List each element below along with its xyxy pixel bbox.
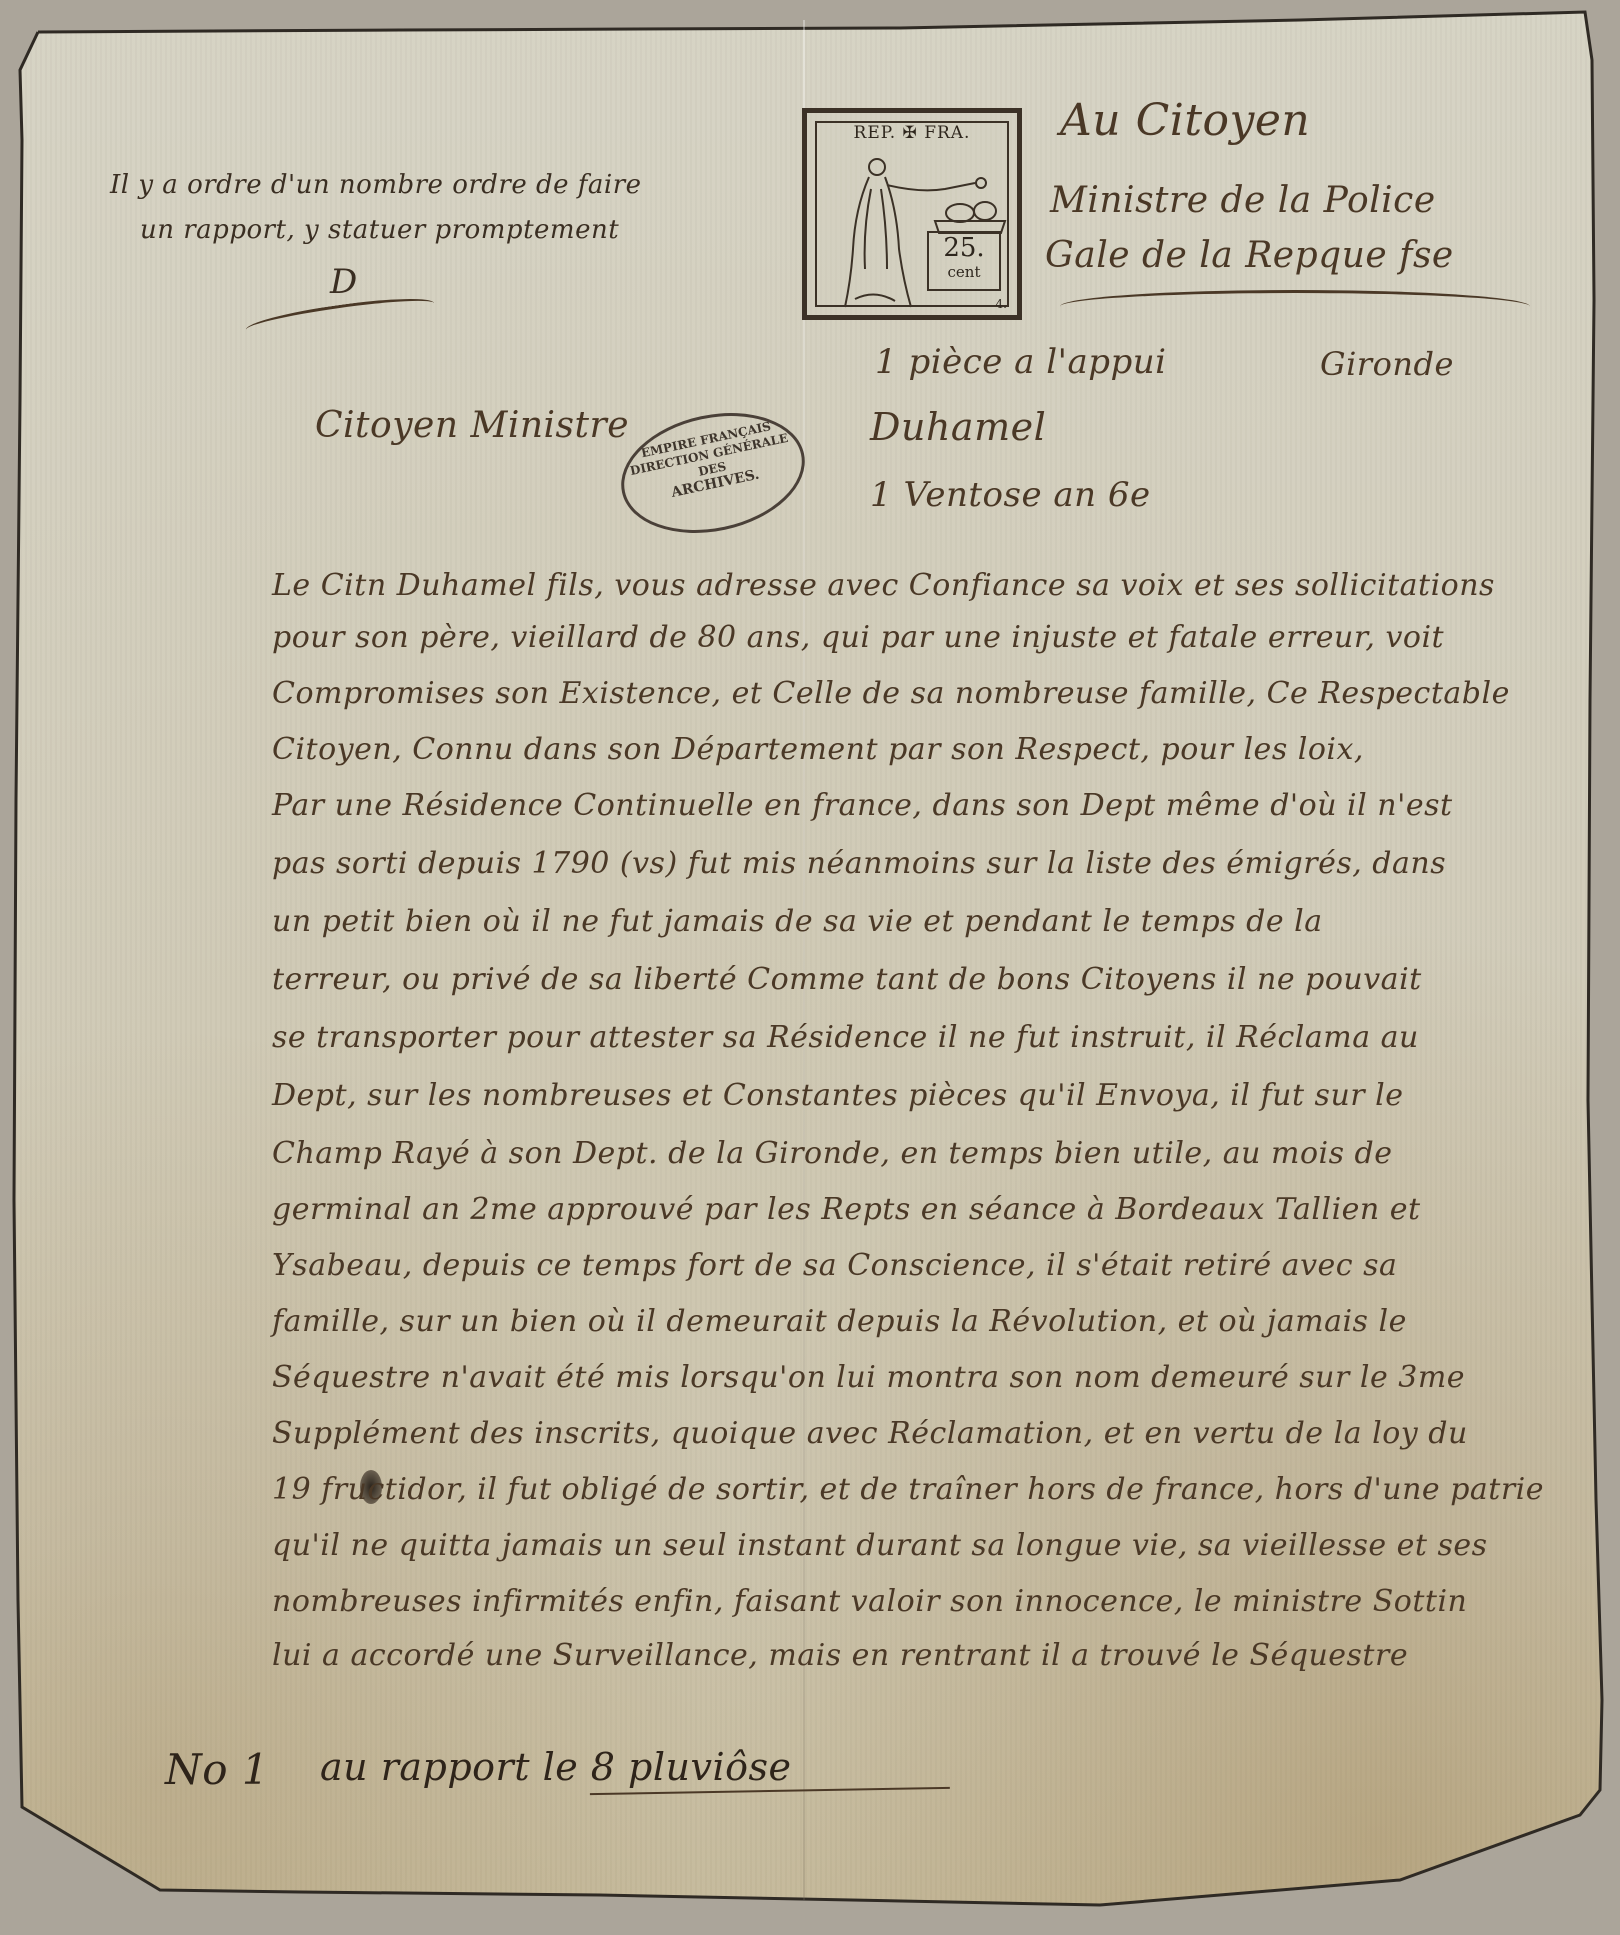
footer-number: No 1 xyxy=(165,1745,269,1794)
docket-name: Duhamel xyxy=(870,405,1046,449)
tax-stamp-corner-mark: 4. xyxy=(996,297,1007,311)
margin-note-line-2: un rapport, y statuer promptement xyxy=(140,215,619,245)
body-line-9: se transporter pour attester sa Résidenc… xyxy=(272,1020,1419,1055)
body-line-7: un petit bien où il ne fut jamais de sa … xyxy=(272,904,1323,939)
body-line-12: germinal an 2me approuvé par les Repts e… xyxy=(272,1192,1421,1227)
address-flourish xyxy=(1060,290,1530,323)
tax-stamp-unit: cent xyxy=(929,263,999,281)
docket-department: Gironde xyxy=(1320,345,1454,383)
body-line-15: Séquestre n'avait été mis lorsqu'on lui … xyxy=(272,1360,1465,1395)
body-line-16: Supplément des inscrits, quoique avec Ré… xyxy=(272,1416,1468,1451)
body-line-14: famille, sur un bien où il demeurait dep… xyxy=(272,1304,1407,1339)
body-line-20: lui a accordé une Surveillance, mais en … xyxy=(272,1638,1408,1673)
body-line-5: Par une Résidence Continuelle en france,… xyxy=(272,788,1453,823)
address-line-3: Gale de la Repque fse xyxy=(1045,235,1454,276)
address-line-2: Ministre de la Police xyxy=(1050,180,1436,221)
tax-stamp-header: REP. ✠ FRA. xyxy=(807,123,1017,143)
body-line-8: terreur, ou privé de sa liberté Comme ta… xyxy=(272,962,1422,997)
tax-stamp-value-box: 25. cent xyxy=(927,231,1001,291)
body-line-10: Dept, sur les nombreuses et Constantes p… xyxy=(272,1078,1404,1113)
body-line-17: 19 fructidor, il fut obligé de sortir, e… xyxy=(272,1472,1544,1507)
body-line-1: Le Citn Duhamel fils, vous adresse avec … xyxy=(272,568,1495,603)
tax-stamp-value: 25. xyxy=(929,233,999,263)
margin-note-line-1: Il y a ordre d'un nombre ordre de faire xyxy=(110,170,642,200)
docket-date: 1 Ventose an 6e xyxy=(870,475,1151,515)
body-line-3: Compromises son Existence, et Celle de s… xyxy=(272,676,1510,711)
body-line-18: qu'il ne quitta jamais un seul instant d… xyxy=(272,1528,1488,1563)
margin-note-initial: D xyxy=(330,262,358,302)
body-line-19: nombreuses infirmités enfin, faisant val… xyxy=(272,1584,1467,1619)
footer-note: au rapport le 8 pluviôse xyxy=(320,1745,792,1789)
body-line-13: Ysabeau, depuis ce temps fort de sa Cons… xyxy=(272,1248,1397,1283)
body-line-2: pour son père, vieillard de 80 ans, qui … xyxy=(272,620,1444,655)
tax-stamp: REP. ✠ FRA. 25. cent 4. xyxy=(802,108,1022,320)
docket-attachment: 1 pièce a l'appui xyxy=(875,342,1167,382)
salutation: Citoyen Ministre xyxy=(315,405,629,446)
body-line-4: Citoyen, Connu dans son Département par … xyxy=(272,732,1364,767)
body-line-11: Champ Rayé à son Dept. de la Gironde, en… xyxy=(272,1136,1393,1171)
body-line-6: pas sorti depuis 1790 (vs) fut mis néanm… xyxy=(272,846,1446,881)
address-line-1: Au Citoyen xyxy=(1060,95,1310,146)
